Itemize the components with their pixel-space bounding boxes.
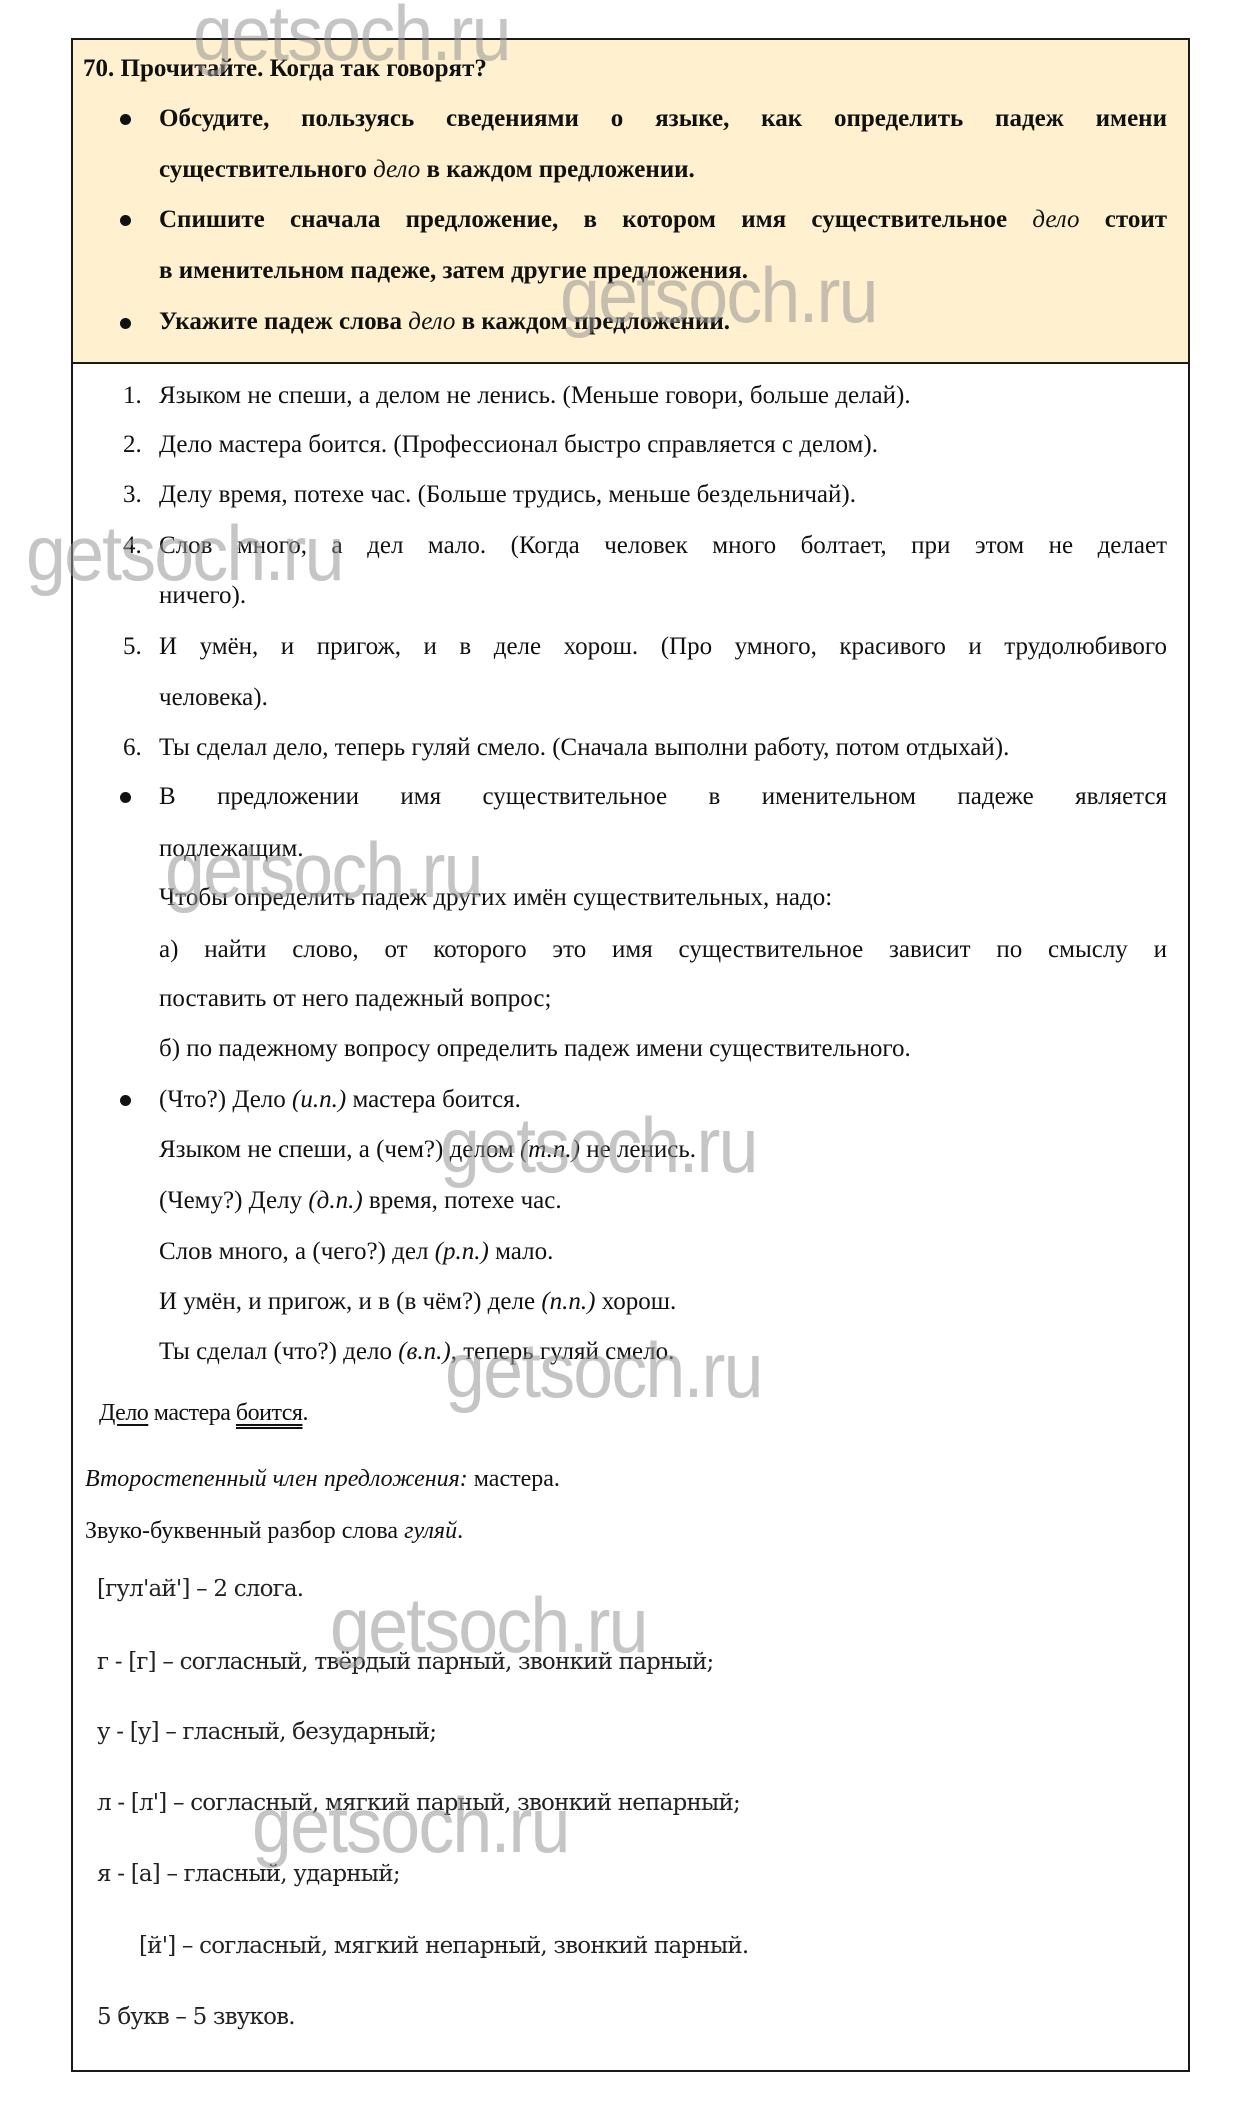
- list-number: 2.: [123, 430, 142, 460]
- bullet-icon: [120, 792, 131, 803]
- rule-line: Чтобы определить падеж других имён сущес…: [159, 883, 832, 913]
- case-example: Языком не спеши, а (чем?) делом (т.п.) н…: [159, 1135, 696, 1165]
- task-bullet-1-line2: существительного дело в каждом предложен…: [159, 155, 695, 185]
- phonetic-row: я - [а] – гласный, ударный;: [97, 1859, 400, 1889]
- bullet-icon: [120, 1095, 131, 1106]
- list-number: 4.: [123, 531, 142, 561]
- list-number: 5.: [123, 632, 142, 662]
- proverb-item: Слов много, а дел мало. (Когда человек м…: [159, 531, 1167, 561]
- task-bullet-3: Укажите падеж слова дело в каждом предло…: [159, 307, 730, 337]
- proverb-item: Дело мастера боится. (Профессионал быстр…: [159, 430, 878, 460]
- task-title: 70. Прочитайте. Когда так говорят?: [83, 54, 487, 84]
- bullet-icon: [120, 114, 131, 125]
- proverb-item-continuation: ничего).: [159, 581, 246, 611]
- proverb-item: Ты сделал дело, теперь гуляй смело. (Сна…: [159, 733, 1009, 763]
- phonetic-row: [й'] – согласный, мягкий непарный, звонк…: [139, 1931, 748, 1961]
- proverb-item: Языком не спеши, а делом не ленись. (Мен…: [159, 381, 911, 411]
- task-header: 70. Прочитайте. Когда так говорят? Обсуд…: [73, 40, 1188, 364]
- rule-line: В предложении имя существительное в имен…: [159, 782, 1167, 812]
- bullet-icon: [120, 215, 131, 226]
- task-bullet-2-line2: в именительном падеже, затем другие пред…: [159, 256, 748, 286]
- secondary-member: Второстепенный член предложения: мастера…: [85, 1464, 560, 1494]
- task-bullet-1-line1: Обсудите, пользуясь сведениями о языке, …: [159, 104, 1167, 134]
- proverb-item: И умён, и пригож, и в деле хорош. (Про у…: [159, 632, 1167, 662]
- rule-step-a-continuation: поставить от него падежный вопрос;: [159, 984, 551, 1014]
- subject-underlined: Дело: [99, 1400, 148, 1426]
- phonetic-row: л - [л'] – согласный, мягкий парный, зво…: [97, 1788, 740, 1818]
- transcription: [гул'ай'] – 2 слога.: [97, 1574, 303, 1604]
- case-example: Слов много, а (чего?) дел (р.п.) мало.: [159, 1237, 553, 1267]
- list-number: 3.: [123, 480, 142, 510]
- proverb-item-continuation: человека).: [159, 683, 268, 713]
- rule-step-b: б) по падежному вопросу определить падеж…: [159, 1034, 911, 1064]
- predicate-double-underlined: боится: [236, 1400, 303, 1426]
- case-example: (Что?) Дело (и.п.) мастера боится.: [159, 1085, 521, 1115]
- proverb-item: Делу время, потехе час. (Больше трудись,…: [159, 480, 856, 510]
- parsed-sentence: Дело мастера боится.: [99, 1398, 308, 1428]
- exercise-frame: 70. Прочитайте. Когда так говорят? Обсуд…: [71, 38, 1190, 2072]
- bullet-icon: [120, 318, 131, 329]
- rule-line: подлежащим.: [159, 834, 304, 864]
- phonetic-heading: Звуко-буквенный разбор слова гуляй.: [85, 1516, 463, 1546]
- phonetic-summary: 5 букв – 5 звуков.: [97, 2002, 295, 2032]
- task-bullet-2-line1: Спишите сначала предложение, в котором и…: [159, 205, 1167, 235]
- phonetic-row: у - [у] – гласный, безударный;: [97, 1717, 436, 1747]
- case-example: Ты сделал (что?) дело (в.п.), теперь гул…: [159, 1337, 674, 1367]
- phonetic-row: г - [г] – согласный, твёрдый парный, зво…: [97, 1647, 714, 1677]
- case-example: (Чему?) Делу (д.п.) время, потехе час.: [159, 1186, 562, 1216]
- list-number: 1.: [123, 381, 142, 411]
- case-example: И умён, и пригож, и в (в чём?) деле (п.п…: [159, 1287, 676, 1317]
- rule-step-a: а) найти слово, от которого это имя суще…: [159, 935, 1167, 965]
- list-number: 6.: [123, 733, 142, 763]
